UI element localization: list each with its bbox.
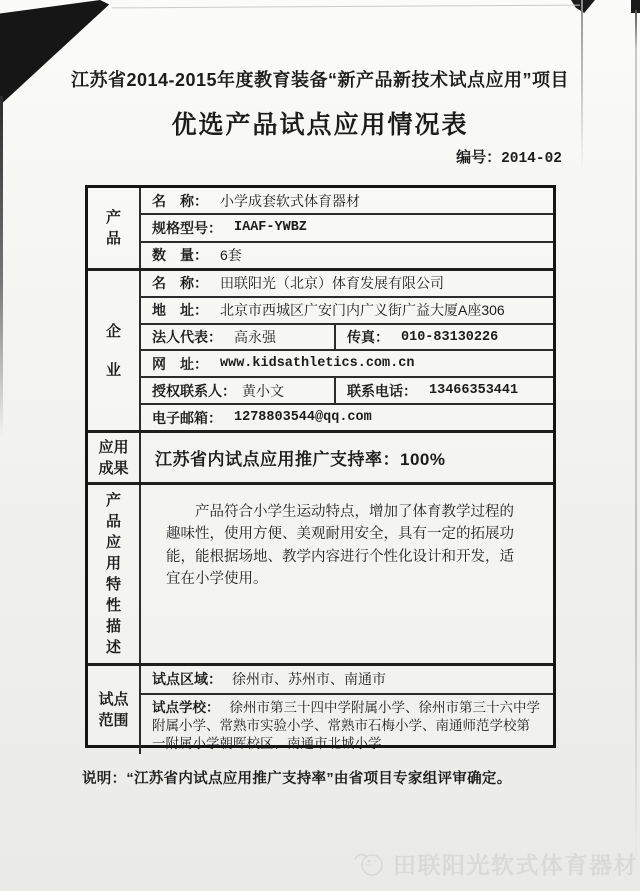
pilot-region-value: 徐州市、苏州市、南通市: [232, 671, 386, 687]
fax-label: 传真：: [347, 327, 389, 347]
section-pilot-label: 试点范围: [96, 689, 131, 731]
product-model-row: 规格型号： IAAF-YWBZ: [141, 215, 553, 242]
enterprise-address-row: 地 址： 北京市西城区广安门内广义街广益大厦A座306: [141, 298, 553, 325]
section-enterprise: 企业 名 称： 田联阳光（北京）体育发展有限公司 地 址： 北京市西城区广安门内…: [88, 271, 553, 433]
section-pilot-scope: 试点范围 试点区域：徐州市、苏州市、南通市 试点学校：徐州市第三十四中学附属小学…: [88, 666, 553, 754]
scanned-document-page: 江苏省2014-2015年度教育装备“新产品新技术试点应用”项目 优选产品试点应…: [0, 0, 640, 891]
section-product-label: 产品: [105, 207, 122, 249]
fax-value: 010-83130226: [401, 330, 498, 345]
legal-rep-value: 高永强: [234, 327, 276, 347]
enterprise-name-row: 名 称： 田联阳光（北京）体育发展有限公司: [141, 271, 553, 298]
product-model-value: IAAF-YWBZ: [234, 220, 307, 235]
document-number: 编号：2014-02: [0, 146, 562, 167]
document-number-value: 2014-02: [501, 151, 562, 167]
enterprise-email-row: 电子邮箱： 1278803544@qq.com: [141, 405, 553, 430]
section-enterprise-header: 企业: [88, 271, 141, 430]
scan-paper-top-edge: [112, 5, 580, 9]
project-title: 江苏省2014-2015年度教育装备“新产品新技术试点应用”项目: [0, 66, 640, 92]
contact-value: 黄小文: [242, 381, 284, 401]
section-product: 产品 名 称： 小学成套软式体育器材 规格型号： IAAF-YWBZ 数 量： …: [88, 188, 553, 271]
running-figure-logo-icon: [349, 843, 389, 883]
contact-label: 授权联系人：: [152, 381, 236, 401]
pilot-region-row: 试点区域：徐州市、苏州市、南通市: [141, 666, 553, 695]
pilot-region-line: 试点区域：徐州市、苏州市、南通市: [152, 670, 386, 689]
phone-cell: 联系电话： 13466353441: [336, 378, 553, 403]
pilot-schools-label: 试点学校：: [152, 700, 220, 715]
phone-value: 13466353441: [429, 383, 518, 398]
section-product-header: 产品: [88, 188, 141, 268]
email-label: 电子邮箱：: [152, 408, 222, 428]
form-title: 优选产品试点应用情况表: [0, 105, 640, 141]
section-pilot-header: 试点范围: [88, 666, 141, 754]
feature-description-row: 产品符合小学生运动特点，增加了体育教学过程的趣味性，使用方便、美观耐用安全，具有…: [141, 485, 553, 663]
section-application-result-label: 应用成果: [96, 437, 131, 479]
website-label: 网 址：: [152, 354, 208, 374]
application-form-table: 产品 名 称： 小学成套软式体育器材 规格型号： IAAF-YWBZ 数 量： …: [85, 185, 556, 748]
legal-rep-label: 法人代表：: [152, 327, 222, 347]
legal-rep-cell: 法人代表： 高永强: [141, 325, 336, 350]
form-note: 说明：“江苏省内试点应用推广支持率”由省项目专家组评审确定。: [82, 767, 512, 788]
product-quantity-label: 数 量：: [152, 245, 208, 265]
enterprise-name-value: 田联阳光（北京）体育发展有限公司: [220, 273, 444, 293]
pilot-schools-line: 试点学校：徐州市第三十四中学附属小学、徐州市第三十六中学附属小学、常熟市实验小学…: [152, 699, 542, 754]
fax-cell: 传真： 010-83130226: [336, 325, 553, 350]
section-feature-header: 产品应用特性描述: [88, 485, 141, 663]
product-name-row: 名 称： 小学成套软式体育器材: [141, 188, 553, 215]
enterprise-website-row: 网 址： www.kidsathletics.com.cn: [141, 351, 553, 378]
document-number-label: 编号：: [456, 149, 501, 166]
website-value: www.kidsathletics.com.cn: [220, 356, 414, 371]
pilot-region-label: 试点区域：: [152, 671, 222, 687]
section-enterprise-label: 企业: [105, 312, 122, 390]
watermark: 田联阳光软式体育器材: [349, 843, 638, 883]
scan-corner-artifact-top-right: [571, 0, 595, 13]
product-name-label: 名 称：: [152, 191, 208, 211]
product-quantity-row: 数 量： 6套: [141, 243, 553, 268]
application-result-row: 江苏省内试点应用推广支持率：100%: [141, 433, 553, 482]
feature-description-text: 产品符合小学生运动特点，增加了体育教学过程的趣味性，使用方便、美观耐用安全，具有…: [152, 489, 542, 591]
enterprise-address-value: 北京市西城区广安门内广义街广益大厦A座306: [220, 300, 505, 320]
product-name-value: 小学成套软式体育器材: [220, 191, 360, 211]
enterprise-address-label: 地 址：: [152, 300, 208, 320]
enterprise-name-label: 名 称：: [152, 273, 208, 293]
product-quantity-value: 6套: [220, 245, 242, 265]
application-result-text: 江苏省内试点应用推广支持率：100%: [155, 445, 445, 470]
enterprise-contact-phone-row: 授权联系人： 黄小文 联系电话： 13466353441: [141, 378, 553, 405]
section-feature-label: 产品应用特性描述: [105, 490, 122, 658]
scan-corner-artifact-top-left: [0, 0, 130, 112]
product-model-label: 规格型号：: [152, 218, 222, 238]
enterprise-legal-fax-row: 法人代表： 高永强 传真： 010-83130226: [141, 325, 553, 352]
contact-cell: 授权联系人： 黄小文: [141, 378, 336, 403]
phone-label: 联系电话：: [347, 381, 417, 401]
watermark-text: 田联阳光软式体育器材: [393, 847, 638, 880]
pilot-schools-row: 试点学校：徐州市第三十四中学附属小学、徐州市第三十六中学附属小学、常熟市实验小学…: [141, 695, 553, 754]
section-application-result-header: 应用成果: [88, 433, 141, 482]
email-value: 1278803544@qq.com: [234, 410, 372, 425]
section-application-result: 应用成果 江苏省内试点应用推广支持率：100%: [88, 433, 553, 485]
section-feature-description: 产品应用特性描述 产品符合小学生运动特点，增加了体育教学过程的趣味性，使用方便、…: [88, 485, 553, 666]
